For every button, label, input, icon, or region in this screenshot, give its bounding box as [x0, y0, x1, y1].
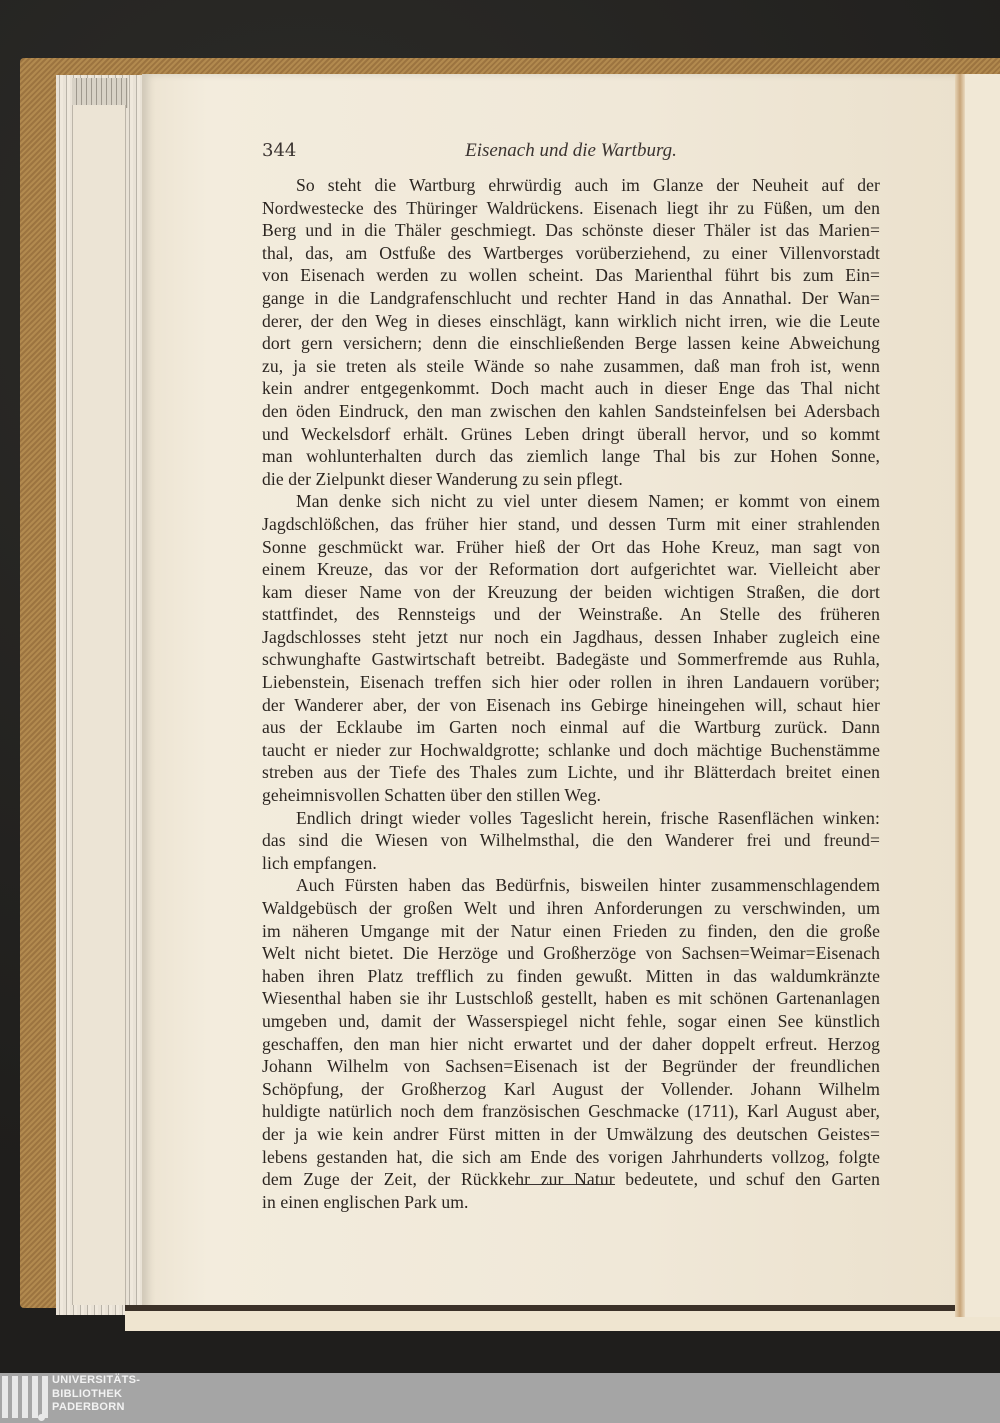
library-logo-bar — [0, 1373, 1000, 1423]
text-line: Jagdschlößchen, das früher hier stand, u… — [262, 513, 880, 536]
text-line: Berg und in die Thäler geschmiegt. Das s… — [262, 219, 880, 242]
text-line: thal, das, am Ostfuße des Wartberges vor… — [262, 242, 880, 265]
paragraph: So steht die Wartburg ehrwürdig auch im … — [262, 174, 880, 490]
facing-page-edge — [965, 74, 1000, 1317]
text-line: die der Zielpunkt dieser Wanderung zu se… — [262, 468, 880, 491]
paragraph: Endlich dringt wieder volles Tageslicht … — [262, 807, 880, 875]
text-line: das sind die Wiesen von Wilhelmsthal, di… — [262, 829, 880, 852]
text-line: dort gern versichern; denn die einschlie… — [262, 332, 880, 355]
text-line: Wiesenthal haben sie ihr Lustschloß gest… — [262, 987, 880, 1010]
page-number: 344 — [262, 140, 322, 161]
text-line: der Wanderer aber, der von Eisenach ins … — [262, 694, 880, 717]
text-line: lebens gestanden hat, die sich am Ende d… — [262, 1146, 880, 1169]
text-line: Liebenstein, Eisenach treffen sich hier … — [262, 671, 880, 694]
text-line: Auch Fürsten haben das Bedürfnis, biswei… — [262, 874, 880, 897]
library-logo-dot — [38, 1414, 45, 1421]
text-line: Waldgebüsch der großen Welt und ihren An… — [262, 897, 880, 920]
text-line: kein andrer entgegenkommt. Doch macht au… — [262, 377, 880, 400]
text-line: derer, der den Weg in dieses einschlägt,… — [262, 310, 880, 333]
page-header: 344 Eisenach und die Wartburg. — [262, 140, 880, 174]
text-line: und Weckelsdorf erhält. Grünes Leben dri… — [262, 423, 880, 446]
text-line: Endlich dringt wieder volles Tageslicht … — [262, 807, 880, 830]
text-line: Schöpfung, der Großherzog Karl August de… — [262, 1078, 880, 1101]
logo-line-1: UNIVERSITÄTS- — [52, 1374, 140, 1388]
text-line: zu, ja sie treten als steile Wände so na… — [262, 355, 880, 378]
text-line: von Eisenach werden zu wollen scheint. D… — [262, 264, 880, 287]
text-line: stattfindet, des Rennsteigs und der Wein… — [262, 603, 880, 626]
text-line: Welt nicht bietet. Die Herzöge und Großh… — [262, 942, 880, 965]
running-title: Eisenach und die Wartburg. — [322, 140, 880, 162]
logo-line-2: BIBLIOTHEK — [52, 1388, 140, 1402]
text-line: geheimnisvollen Schatten über den stille… — [262, 784, 880, 807]
text-block: 344 Eisenach und die Wartburg. So steht … — [262, 140, 880, 1213]
end-rule — [515, 1184, 615, 1185]
logo-line-3: PADERBORN — [52, 1401, 140, 1415]
text-line: haben ihren Platz trefflich zu finden ge… — [262, 965, 880, 988]
text-line: Jagdschlosses steht jetzt nur noch ein J… — [262, 626, 880, 649]
body-text: So steht die Wartburg ehrwürdig auch im … — [262, 174, 880, 1213]
text-line: der ja wie kein andrer Fürst mitten in d… — [262, 1123, 880, 1146]
text-line: Nordwestecke des Thüringer Waldrückens. … — [262, 197, 880, 220]
paragraph: Man denke sich nicht zu viel unter diese… — [262, 490, 880, 806]
text-line: umgeben und, damit der Wasserspiegel nic… — [262, 1010, 880, 1033]
paragraph: Auch Fürsten haben das Bedürfnis, biswei… — [262, 874, 880, 1213]
text-line: im näheren Umgange mit der Natur einen F… — [262, 920, 880, 943]
text-line: kam dieser Name von der Kreuzung der bei… — [262, 581, 880, 604]
text-line: lich empfangen. — [262, 852, 880, 875]
text-line: huldigte natürlich noch dem französische… — [262, 1100, 880, 1123]
page-stack-tab — [72, 78, 128, 108]
page-bottom-edge — [125, 1305, 1000, 1331]
text-line: taucht er nieder zur Hochwaldgrotte; sch… — [262, 739, 880, 762]
library-logo-text[interactable]: UNIVERSITÄTS- BIBLIOTHEK PADERBORN — [52, 1374, 140, 1415]
page-stack-leaf — [72, 105, 126, 1305]
text-line: schwunghafte Gastwirtschaft betreibt. Ba… — [262, 648, 880, 671]
text-line: aus der Ecklaube im Garten noch einmal a… — [262, 716, 880, 739]
text-line: Man denke sich nicht zu viel unter diese… — [262, 490, 880, 513]
text-line: So steht die Wartburg ehrwürdig auch im … — [262, 174, 880, 197]
text-line: dem Zuge der Zeit, der Rückkehr zur Natu… — [262, 1168, 880, 1191]
text-line: in einen englischen Park um. — [262, 1191, 880, 1214]
text-line: gange in die Landgrafenschlucht und rech… — [262, 287, 880, 310]
book-gutter — [955, 74, 965, 1317]
text-line: den öden Eindruck, den man zwischen den … — [262, 400, 880, 423]
text-line: streben aus der Tiefe des Thales zum Lic… — [262, 761, 880, 784]
text-line: Johann Wilhelm von Sachsen=Eisenach ist … — [262, 1055, 880, 1078]
text-line: geschaffen, den man hier nicht erwartet … — [262, 1033, 880, 1056]
library-logo-icon — [2, 1376, 48, 1418]
text-line: man wohlunterhalten durch das ziemlich l… — [262, 445, 880, 468]
text-line: Sonne geschmückt war. Früher hieß der Or… — [262, 536, 880, 559]
text-line: einem Kreuze, das vor der Reformation do… — [262, 558, 880, 581]
